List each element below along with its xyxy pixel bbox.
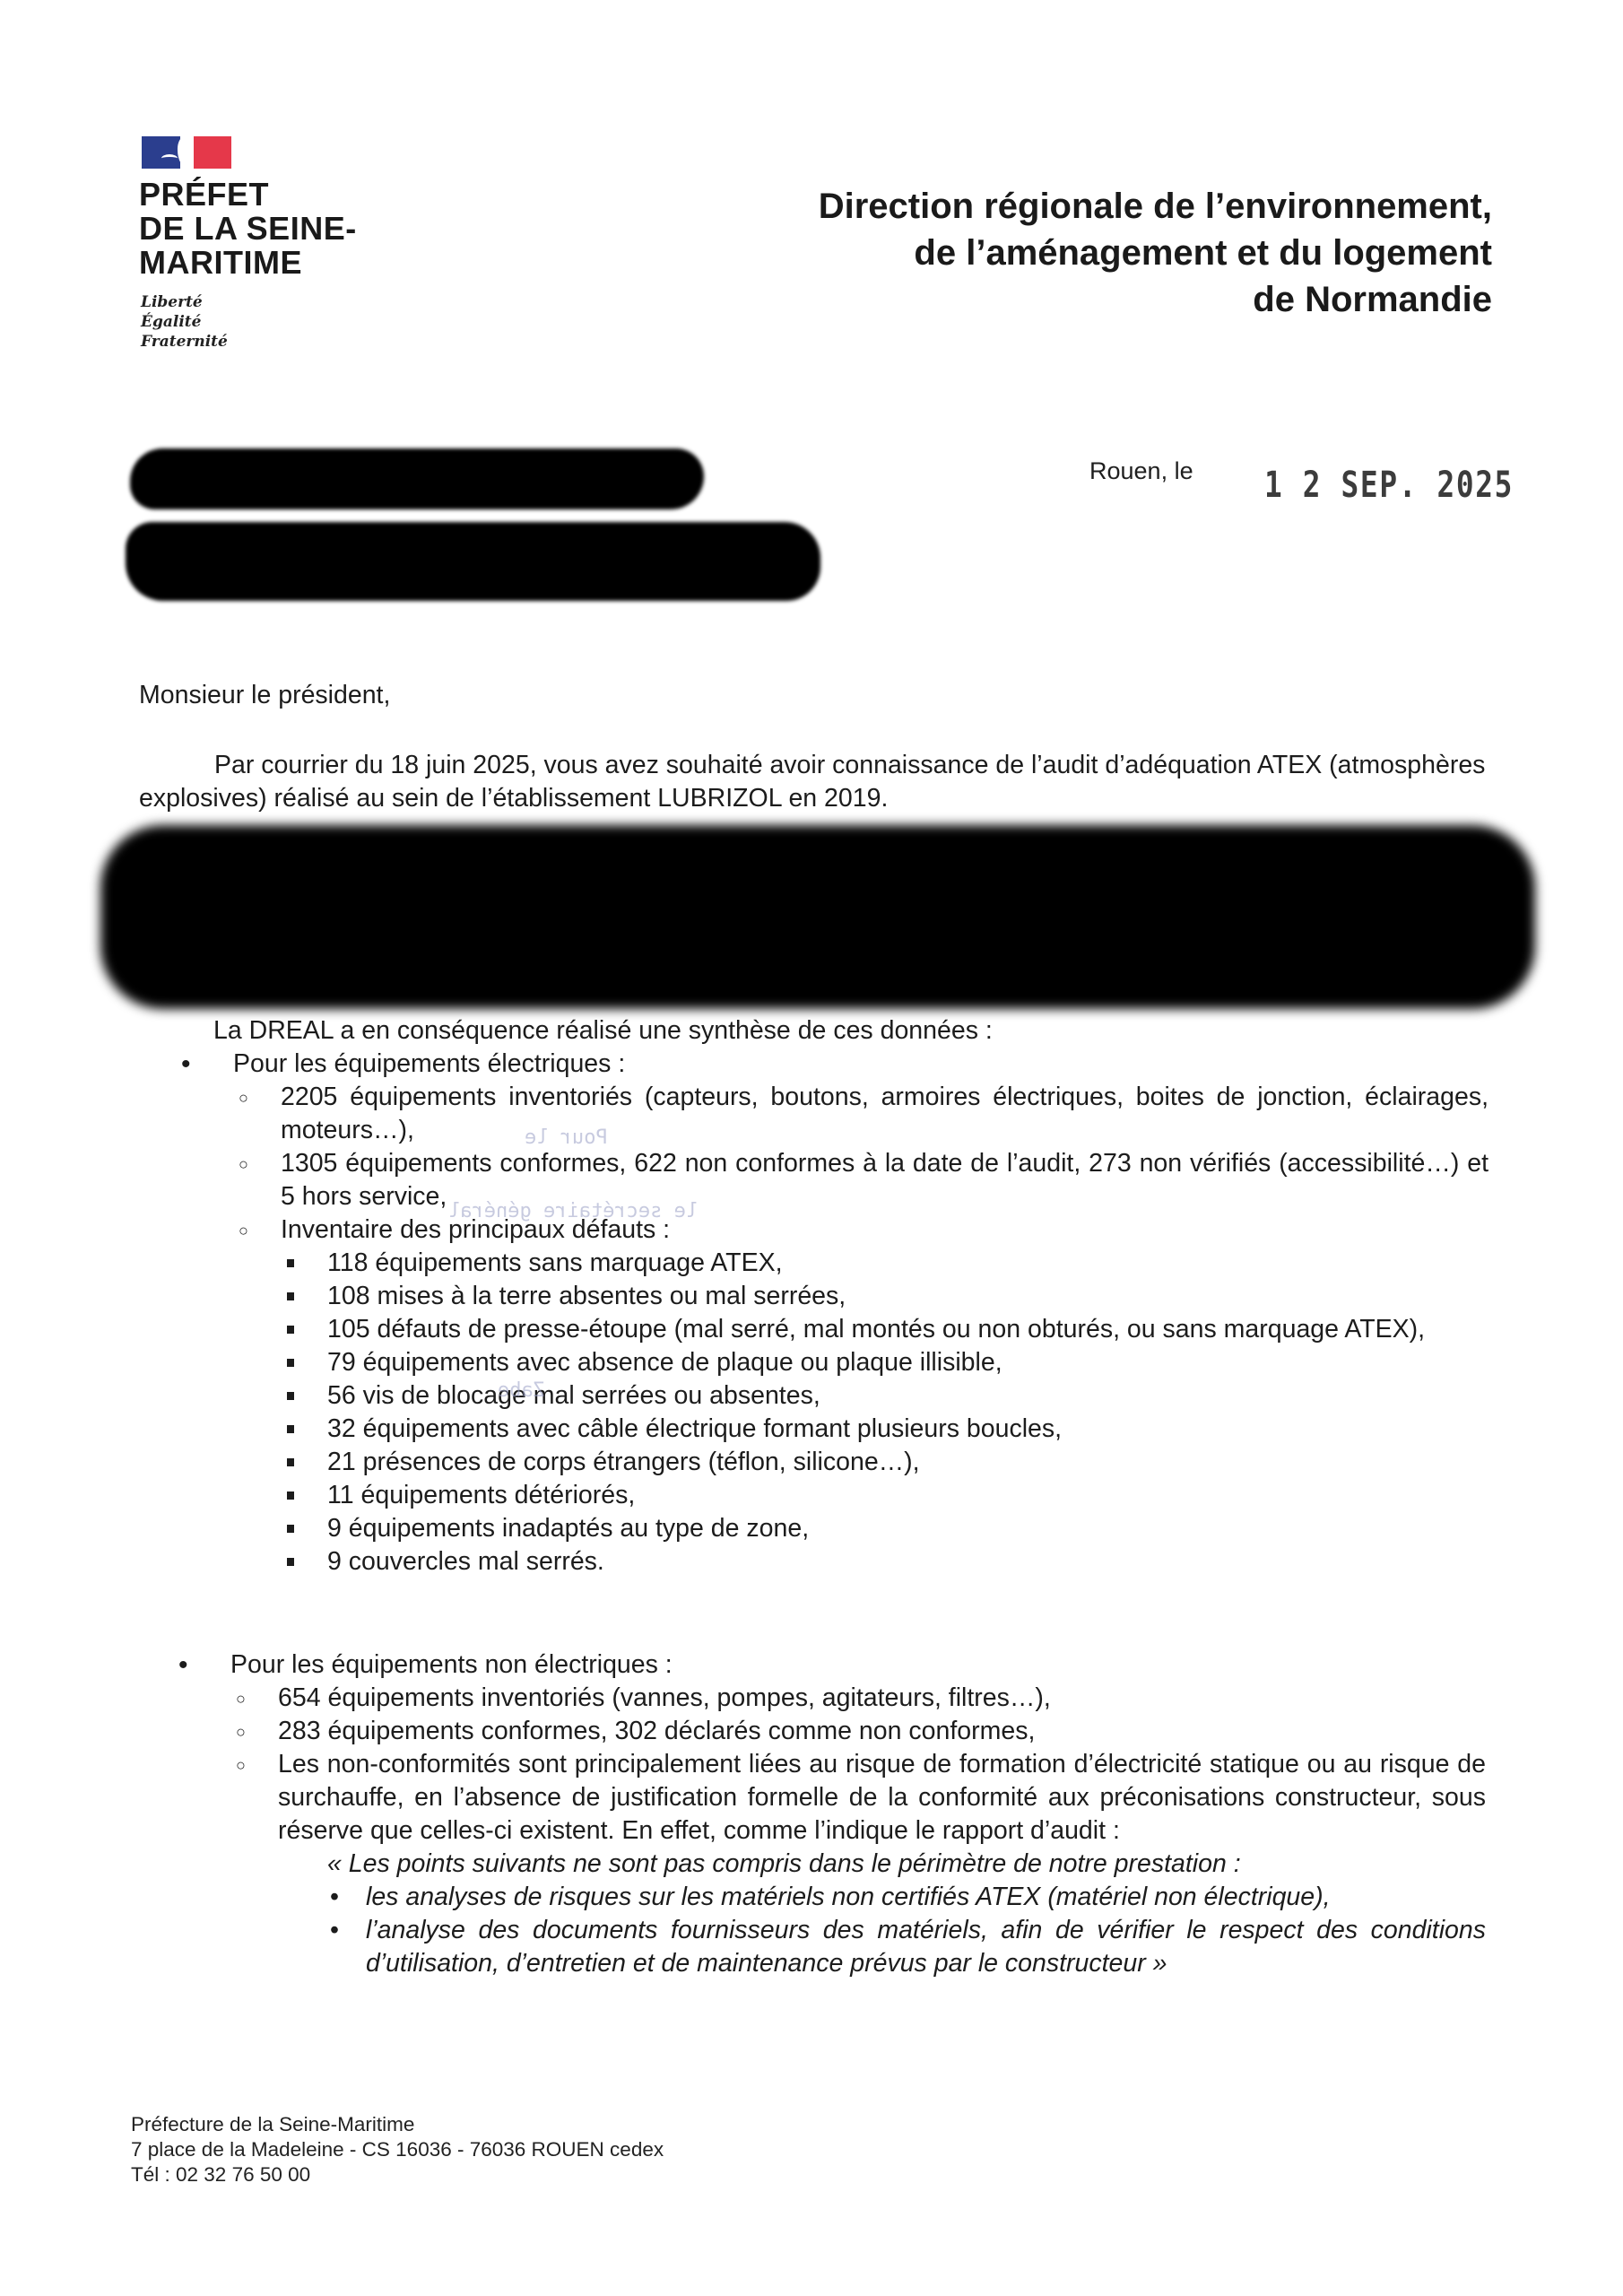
list-item: 9 équipements inadaptés au type de zone, — [281, 1512, 1488, 1545]
defects-list: 118 équipements sans marquage ATEX, 108 … — [281, 1247, 1488, 1578]
list-item: Pour les équipements non électriques : 6… — [177, 1648, 1486, 1980]
list-item: 32 équipements avec câble électrique for… — [281, 1413, 1488, 1446]
motto-line: Fraternité — [141, 332, 228, 352]
footer-line: 7 place de la Madeleine - CS 16036 - 760… — [131, 2137, 664, 2162]
redacted-recipient-line — [126, 522, 820, 601]
list-item: 283 équipements conformes, 302 déclarés … — [230, 1715, 1486, 1748]
non-electrical-section: Pour les équipements non électriques : 6… — [177, 1648, 1486, 1980]
place-label: Rouen, le — [1089, 457, 1193, 485]
audit-quote: « Les points suivants ne sont pas compri… — [278, 1848, 1486, 1980]
section-title: Pour les équipements électriques : — [233, 1049, 625, 1078]
service-line: de l’aménagement et du logement — [819, 230, 1492, 276]
marianne-flag-icon — [142, 136, 231, 169]
list-item: 9 couvercles mal serrés. — [281, 1545, 1488, 1578]
list-item: Pour les équipements électriques : 2205 … — [179, 1048, 1488, 1578]
issuing-service: Direction régionale de l’environnement, … — [819, 183, 1492, 323]
list-item: 105 défauts de presse-étoupe (mal serré,… — [281, 1313, 1488, 1346]
quote-item: l’analyse des documents fournisseurs des… — [278, 1914, 1486, 1980]
list-item: 1305 équipements conformes, 622 non conf… — [233, 1147, 1488, 1213]
redacted-recipient-line — [130, 448, 704, 509]
nonconformity-text: Les non-conformités sont principalement … — [278, 1750, 1486, 1845]
synthesis-intro: La DREAL a en conséquence réalisé une sy… — [213, 1014, 993, 1048]
bleed-through-text: Pour le — [525, 1126, 608, 1149]
footer-address: Préfecture de la Seine-Maritime 7 place … — [131, 2112, 664, 2187]
motto-line: Liberté — [141, 292, 228, 312]
electrical-section: Pour les équipements électriques : 2205 … — [179, 1048, 1488, 1578]
list-item: 56 vis de blocage mal serrées ou absente… — [281, 1379, 1488, 1413]
bleed-through-text: Zabe — [498, 1379, 545, 1402]
list-item: Les non-conformités sont principalement … — [230, 1748, 1486, 1980]
list-item: 2205 équipements inventoriés (capteurs, … — [233, 1081, 1488, 1147]
list-item: 654 équipements inventoriés (vannes, pom… — [230, 1682, 1486, 1715]
redacted-paragraph — [100, 825, 1535, 1009]
bleed-through-text: le secrétaire général — [448, 1200, 698, 1222]
list-item: 118 équipements sans marquage ATEX, — [281, 1247, 1488, 1280]
list-item: 108 mises à la terre absentes ou mal ser… — [281, 1280, 1488, 1313]
intro-paragraph: Par courrier du 18 juin 2025, vous avez … — [139, 749, 1488, 815]
footer-line: Tél : 02 32 76 50 00 — [131, 2162, 664, 2187]
prefet-line: PRÉFET — [139, 178, 357, 212]
prefet-line: DE LA SEINE- — [139, 212, 357, 246]
prefet-line: MARITIME — [139, 246, 357, 280]
republic-motto: Liberté Égalité Fraternité — [141, 292, 228, 352]
list-item: 11 équipements détériorés, — [281, 1479, 1488, 1512]
salutation: Monsieur le président, — [139, 679, 390, 712]
motto-line: Égalité — [141, 312, 228, 332]
list-item: Inventaire des principaux défauts : 118 … — [233, 1213, 1488, 1578]
quote-item: les analyses de risques sur les matériel… — [278, 1881, 1486, 1914]
prefet-title: PRÉFET DE LA SEINE- MARITIME — [139, 178, 357, 280]
section-title: Pour les équipements non électriques : — [230, 1650, 673, 1679]
intro-paragraph-text: Par courrier du 18 juin 2025, vous avez … — [139, 751, 1485, 813]
quote-lead: « Les points suivants ne sont pas compri… — [278, 1848, 1486, 1881]
date-stamp: 1 2 SEP. 2025 — [1264, 465, 1514, 506]
footer-line: Préfecture de la Seine-Maritime — [131, 2112, 664, 2137]
list-item: 21 présences de corps étrangers (téflon,… — [281, 1446, 1488, 1479]
service-line: Direction régionale de l’environnement, — [819, 183, 1492, 230]
list-item: 79 équipements avec absence de plaque ou… — [281, 1346, 1488, 1379]
service-line: de Normandie — [819, 276, 1492, 323]
